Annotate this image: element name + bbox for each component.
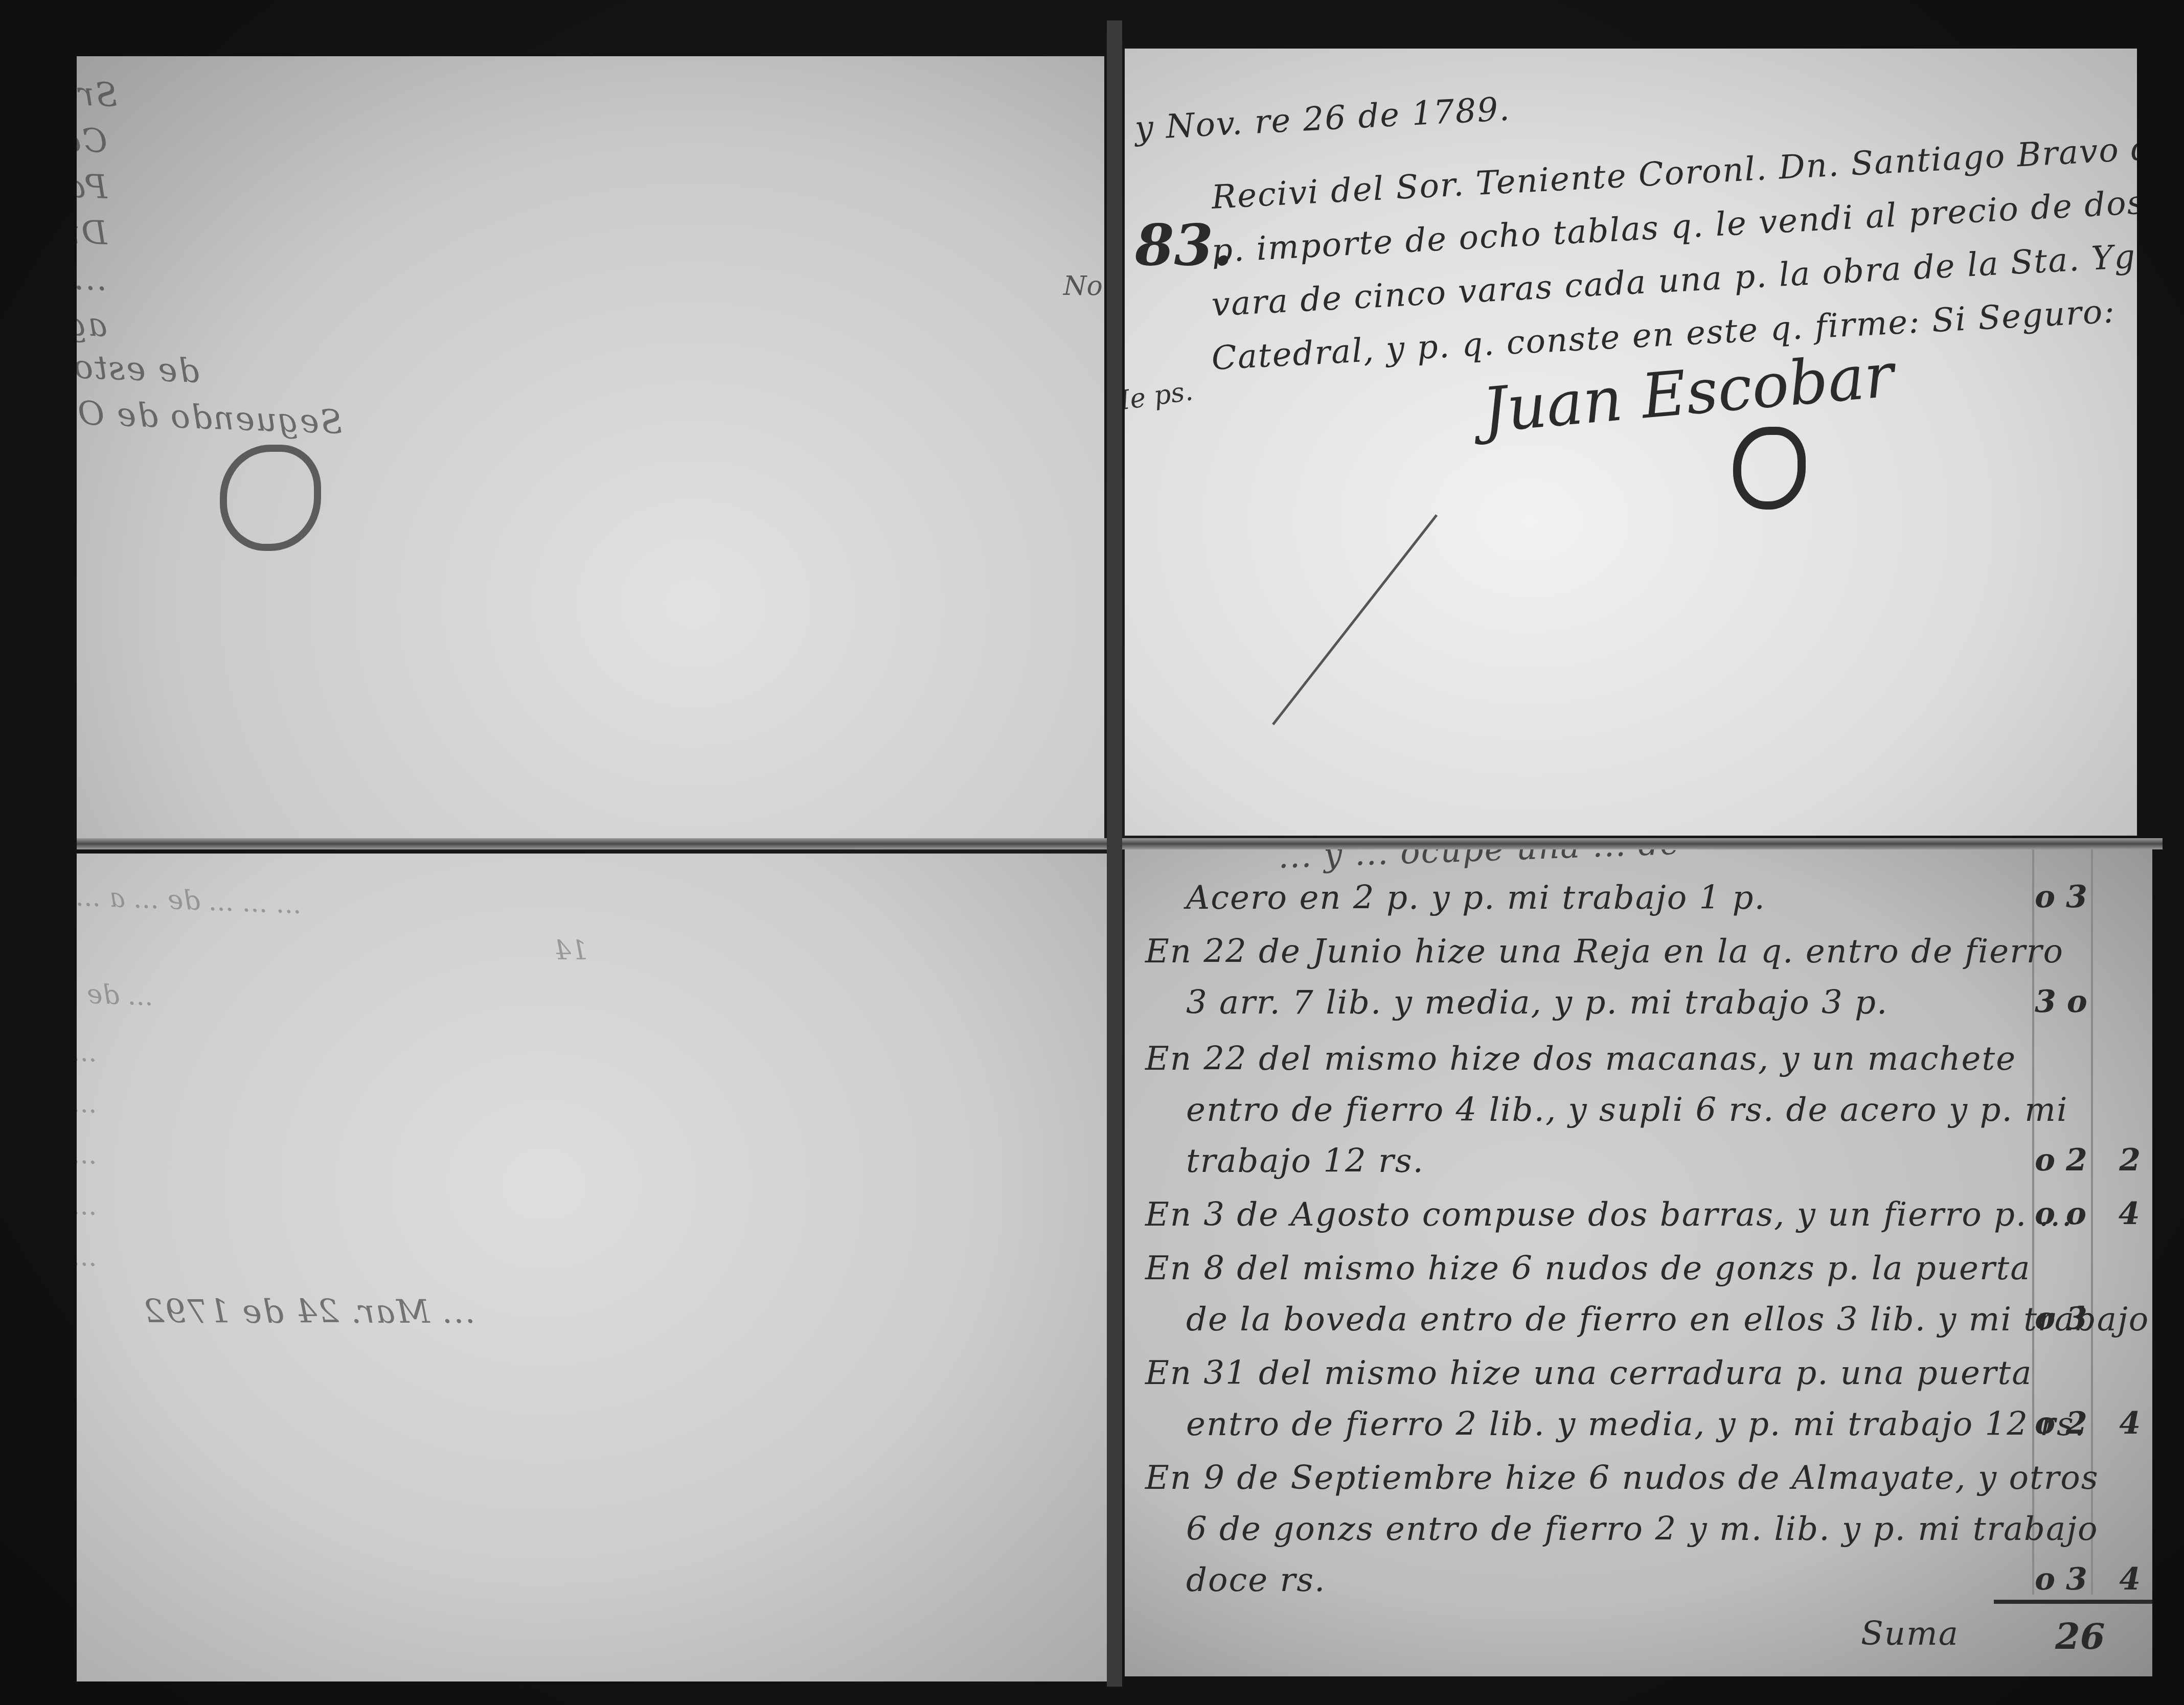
ledger-line: entro de fierro 4 lib., y supli 6 rs. de… — [1186, 1091, 2068, 1129]
sum-label: Suma — [1861, 1615, 1959, 1653]
bleed-line: Seguendo de Otro ... Mar. ... Esq. — [77, 383, 343, 442]
bleed-line: ... ... ... de ... a ... de ... — [77, 879, 302, 920]
bleed-line: ... ... ... ... ... ... ... ... ... ... — [77, 1231, 98, 1273]
sum-total: 26 — [2055, 1615, 2105, 1657]
ledger-amount: o 3 — [2035, 879, 2087, 915]
page-bottom-right: ... y ... ocupe una ... de Acero en 2 p.… — [1125, 848, 2152, 1676]
total-rule — [1994, 1600, 2152, 1604]
book-gutter — [1107, 20, 1122, 1687]
bleed-line: Sre. 23 de Jul. 1790. ... Dn. Sr. Gm. Sa… — [77, 56, 118, 114]
margin-note: No. — [1063, 271, 1104, 302]
ledger-amount: o 3 — [2035, 1301, 2087, 1337]
ledger-line: En 9 de Septiembre hize 6 nudos de Almay… — [1145, 1459, 2099, 1497]
bleed-line: 14 — [554, 935, 588, 966]
diagonal-stroke — [1272, 514, 1438, 725]
ledger-line: trabajo 12 rs. — [1186, 1142, 1424, 1180]
ledger-line: doce rs. — [1186, 1561, 1326, 1599]
ledger-line: En 22 del mismo hize dos macanas, y un m… — [1145, 1040, 2016, 1078]
page-bottom-left: ... ... ... de ... a ... de ... 14 ... d… — [77, 854, 1114, 1681]
ledger-header-partial: ... y ... ocupe una ... de — [1278, 848, 1681, 876]
ledger-line: 3 arr. 7 lib. y media, y p. mi trabajo 3… — [1186, 984, 1888, 1022]
date-line: y Nov. re 26 de 1789. — [1134, 90, 1511, 148]
bleed-line: ... ... ... ... ... ... ... de ... de — [77, 1128, 98, 1170]
bleed-date: ... Mar. 24 de 1792 — [143, 1293, 475, 1331]
ledger-line: entro de fierro 2 lib. y media, y p. mi … — [1186, 1406, 2086, 1443]
ledger-line: 6 de gonzs entro de fierro 2 y m. lib. y… — [1186, 1510, 2099, 1548]
ledger-line: Acero en 2 p. y p. mi trabajo 1 p. — [1186, 879, 1766, 917]
ledger-line: En 22 de Junio hize una Reja en la q. en… — [1145, 933, 2064, 971]
ledger-amount: o 2 4 — [2035, 1406, 2141, 1441]
signature-rubric-icon — [1733, 427, 1806, 510]
ledger-amount: o 3 4 — [2035, 1561, 2141, 1597]
ledger-line: de la boveda entro de fierro en ellos 3 … — [1186, 1301, 2152, 1339]
ledger-amount: o 2 2 — [2035, 1142, 2141, 1178]
margin-note: Ie ps. — [1125, 376, 1195, 417]
page-top-right: y Nov. re 26 de 1789. 83. Recivi del Sor… — [1125, 49, 2137, 836]
ledger-line: En 3 de Agosto compuse dos barras, y un … — [1145, 1196, 2073, 1234]
page-top-left: Sre. 23 de Jul. 1790. ... Dn. Sr. Gm. Sa… — [77, 56, 1104, 838]
ledger-amount: 3 o — [2035, 984, 2087, 1020]
ledger-line: En 8 del mismo hize 6 nudos de gonzs p. … — [1145, 1250, 2031, 1287]
bleed-line: ... de ... ... ... ... de ... e — [77, 971, 154, 1012]
bleed-line: ... de ... ... ... ... de ... ... ... — [77, 1026, 98, 1068]
bleed-line: ... ... ... ... ... ... ... ... ... — [77, 1181, 98, 1222]
mirrored-rubric-icon — [220, 445, 321, 551]
bleed-line: ... ... ... ... ... ... ... ... ... — [77, 1078, 98, 1119]
ledger-line: En 31 del mismo hize una cerradura p. un… — [1145, 1354, 2032, 1392]
ledger-amount: o o 4 — [2035, 1196, 2140, 1232]
